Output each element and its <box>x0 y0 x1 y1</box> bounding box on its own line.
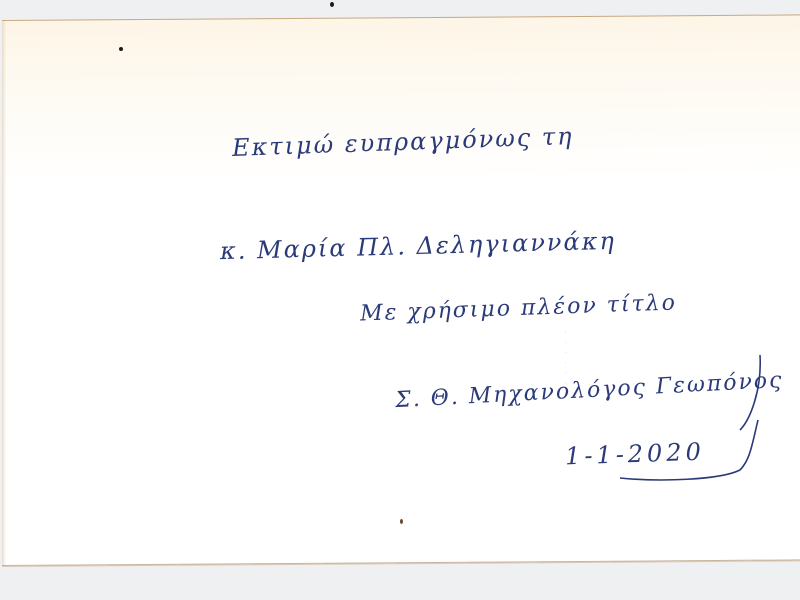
signature-flourish-icon <box>600 350 770 490</box>
dust-speck <box>330 2 334 7</box>
dust-speck <box>400 519 403 524</box>
dust-speck <box>119 47 123 51</box>
